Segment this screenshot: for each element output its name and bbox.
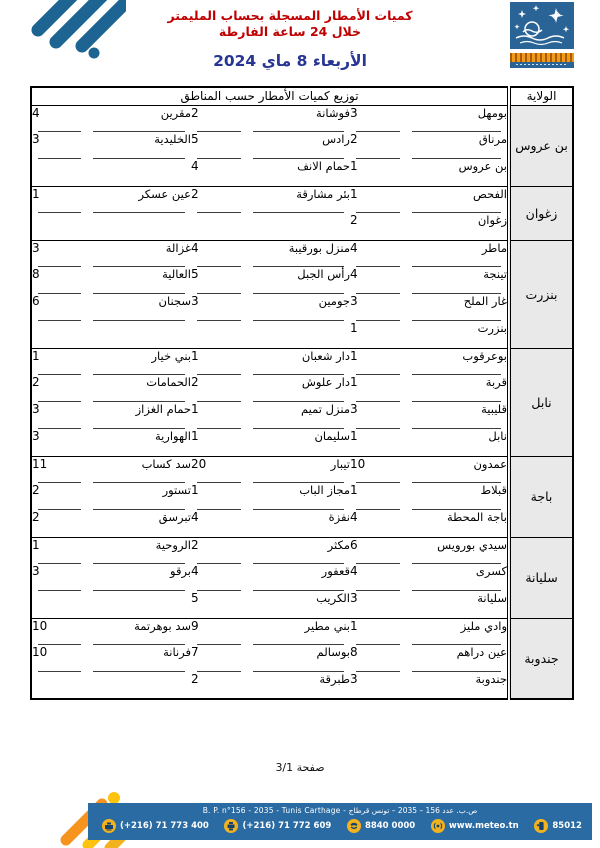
station-name-cell: قبلاط bbox=[406, 483, 509, 510]
station-name-cell: بن عروس bbox=[406, 159, 509, 186]
station-name-cell: وادي مليز bbox=[406, 618, 509, 645]
contact-fax-2: (+216) 71 772 609 bbox=[224, 819, 331, 833]
table-row: تينجة4رأس الجبل5العالية8 bbox=[31, 267, 573, 294]
station-name-cell: رادس bbox=[247, 132, 350, 159]
rainfall-value-cell: 10 bbox=[31, 618, 87, 645]
rainfall-value-cell: 6 bbox=[350, 537, 406, 564]
contact-value: (+216) 71 773 400 bbox=[120, 821, 209, 831]
station-name-cell: تستور bbox=[87, 483, 191, 510]
rainfall-value-cell: 5 bbox=[191, 591, 247, 618]
rainfall-value-cell: 2 bbox=[31, 483, 87, 510]
contact-phone: 8840 0000 bbox=[347, 819, 415, 833]
rainfall-value-cell: 1 bbox=[31, 537, 87, 564]
rainfall-value-cell: 4 bbox=[350, 510, 406, 537]
rainfall-value-cell: 1 bbox=[31, 348, 87, 375]
governorate-cell: سليانة bbox=[509, 537, 573, 618]
rainfall-value-cell bbox=[191, 213, 247, 240]
table-row: كسرى4قعفور4برقو3 bbox=[31, 564, 573, 591]
rainfall-value-cell: 1 bbox=[191, 348, 247, 375]
rainfall-value-cell: 4 bbox=[350, 240, 406, 267]
contact-value: 85012 bbox=[552, 821, 582, 831]
rainfall-value-cell: 2 bbox=[31, 375, 87, 402]
station-name-cell: بوعرقوب bbox=[406, 348, 509, 375]
rainfall-value-cell: 2 bbox=[191, 105, 247, 132]
rainfall-value-cell: 2 bbox=[350, 132, 406, 159]
station-name-cell: مجاز الباب bbox=[247, 483, 350, 510]
phone-icon bbox=[347, 819, 361, 833]
table-row: نابلبوعرقوب1دار شعبان1بني خيار1 bbox=[31, 348, 573, 375]
rainfall-value-cell: 8 bbox=[350, 645, 406, 672]
station-name-cell: برقو bbox=[87, 564, 191, 591]
station-name-cell: بنزرت bbox=[406, 321, 509, 348]
rainfall-value-cell: 8 bbox=[31, 267, 87, 294]
station-name-cell: مرناق bbox=[406, 132, 509, 159]
contact-value: (+216) 71 772 609 bbox=[242, 821, 331, 831]
station-name-cell: نابل bbox=[406, 429, 509, 456]
rainfall-value-cell: 1 bbox=[350, 348, 406, 375]
table-row: نابل1سليمان1الهوارية3 bbox=[31, 429, 573, 456]
globe-icon bbox=[431, 819, 445, 833]
station-name-cell bbox=[87, 159, 191, 186]
governorate-cell: نابل bbox=[509, 348, 573, 456]
rainfall-table: الولاية توزيع كميات الأمطار حسب المناطق … bbox=[30, 86, 574, 700]
rainfall-value-cell bbox=[31, 321, 87, 348]
station-name-cell: حمام الانف bbox=[247, 159, 350, 186]
station-name-cell: سليمان bbox=[247, 429, 350, 456]
table-row: بنزرت1 bbox=[31, 321, 573, 348]
rainfall-value-cell: 7 bbox=[191, 645, 247, 672]
station-name-cell: سد بوهرتمة bbox=[87, 618, 191, 645]
station-name-cell: فوشانة bbox=[247, 105, 350, 132]
station-name-cell: حمام الغزاز bbox=[87, 402, 191, 429]
station-name-cell: سليانة bbox=[406, 591, 509, 618]
rainfall-value-cell: 6 bbox=[31, 294, 87, 321]
rainfall-value-cell: 10 bbox=[31, 645, 87, 672]
rainfall-value-cell: 1 bbox=[191, 483, 247, 510]
station-name-cell: نفزة bbox=[247, 510, 350, 537]
rainfall-value-cell: 5 bbox=[191, 267, 247, 294]
station-name-cell: الكريب bbox=[247, 591, 350, 618]
rainfall-value-cell: 9 bbox=[191, 618, 247, 645]
station-name-cell bbox=[247, 321, 350, 348]
station-name-cell: قربة bbox=[406, 375, 509, 402]
station-name-cell: جومين bbox=[247, 294, 350, 321]
report-date-title: الأربعاء 8 ماي 2024 bbox=[90, 52, 490, 70]
rainfall-value-cell: 3 bbox=[31, 132, 87, 159]
station-name-cell: رأس الجبل bbox=[247, 267, 350, 294]
station-name-cell: الحمامات bbox=[87, 375, 191, 402]
rainfall-value-cell bbox=[31, 159, 87, 186]
rainfall-value-cell: 3 bbox=[31, 240, 87, 267]
rainfall-value-cell bbox=[191, 321, 247, 348]
station-name-cell bbox=[247, 213, 350, 240]
governorate-cell: جندوبة bbox=[509, 618, 573, 699]
station-name-cell: جندوبة bbox=[406, 672, 509, 699]
rainfall-value-cell: 3 bbox=[350, 402, 406, 429]
station-name-cell: باجة المحطة bbox=[406, 510, 509, 537]
table-row: باجةعمدون10تيبار20سد كساب11 bbox=[31, 456, 573, 483]
logo-orange-band bbox=[510, 53, 574, 62]
table-row: بنزرتماطر4منزل بورقيبة4غزالة3 bbox=[31, 240, 573, 267]
table-row: بن عروس1حمام الانف4 bbox=[31, 159, 573, 186]
governorate-cell: بنزرت bbox=[509, 240, 573, 348]
rainfall-value-cell: 3 bbox=[31, 402, 87, 429]
contacts-row: (+216) 71 773 400 (+216) 71 772 609 bbox=[88, 815, 592, 833]
rainfall-value-cell: 3 bbox=[350, 591, 406, 618]
rainfall-value-cell: 1 bbox=[191, 429, 247, 456]
governorate-cell: زغوان bbox=[509, 186, 573, 240]
station-name-cell: سيدي بورويس bbox=[406, 537, 509, 564]
rainfall-value-cell: 2 bbox=[191, 186, 247, 213]
table-row: زغوانالفحص1بئر مشارقة2عين عسكر1 bbox=[31, 186, 573, 213]
contact-value: www.meteo.tn bbox=[449, 821, 519, 831]
station-name-cell: الفحص bbox=[406, 186, 509, 213]
rainfall-value-cell: 3 bbox=[350, 294, 406, 321]
rainfall-value-cell: 2 bbox=[31, 510, 87, 537]
inm-emblem-logo bbox=[510, 2, 574, 68]
printer-icon bbox=[224, 819, 238, 833]
station-name-cell: قعفور bbox=[247, 564, 350, 591]
station-name-cell: بومهل bbox=[406, 105, 509, 132]
station-name-cell: ماطر bbox=[406, 240, 509, 267]
rainfall-value-cell: 4 bbox=[350, 564, 406, 591]
rainfall-value-cell: 3 bbox=[31, 429, 87, 456]
station-name-cell: تيبار bbox=[247, 456, 350, 483]
station-name-cell: بني مطير bbox=[247, 618, 350, 645]
sms-icon bbox=[534, 819, 548, 833]
rainfall-value-cell: 20 bbox=[191, 456, 247, 483]
table-row: سليانة3الكريب5 bbox=[31, 591, 573, 618]
rainfall-value-cell: 3 bbox=[350, 105, 406, 132]
page-number-label: صفحة 3/1 bbox=[0, 761, 600, 774]
station-name-cell: زغوان bbox=[406, 213, 509, 240]
rainfall-value-cell: 5 bbox=[191, 132, 247, 159]
rainfall-value-cell: 2 bbox=[191, 375, 247, 402]
rainfall-value-cell: 4 bbox=[191, 564, 247, 591]
station-name-cell: عين عسكر bbox=[87, 186, 191, 213]
table-row: جندوبةوادي مليز1بني مطير9سد بوهرتمة10 bbox=[31, 618, 573, 645]
rainfall-value-cell: 1 bbox=[350, 375, 406, 402]
contact-fax-1: (+216) 71 773 400 bbox=[102, 819, 209, 833]
rainfall-value-cell: 1 bbox=[31, 186, 87, 213]
rainfall-value-cell: 10 bbox=[350, 456, 406, 483]
station-name-cell bbox=[87, 213, 191, 240]
station-name-cell: مقرين bbox=[87, 105, 191, 132]
report-title-line2: خلال 24 ساعة الفارطة bbox=[90, 24, 490, 40]
station-name-cell: طبرقة bbox=[247, 672, 350, 699]
table-row: سليانةسيدي بورويس6مكثر2الروحية1 bbox=[31, 537, 573, 564]
station-name-cell: بوسالم bbox=[247, 645, 350, 672]
station-name-cell: مكثر bbox=[247, 537, 350, 564]
table-row: غار الملح3جومين3سجنان6 bbox=[31, 294, 573, 321]
table-row: بن عروسبومهل3فوشانة2مقرين4 bbox=[31, 105, 573, 132]
rainfall-value-cell: 4 bbox=[191, 159, 247, 186]
station-name-cell: دار شعبان bbox=[247, 348, 350, 375]
rainfall-value-cell: 2 bbox=[191, 537, 247, 564]
rainfall-value-cell: 1 bbox=[350, 429, 406, 456]
governorate-cell: باجة bbox=[509, 456, 573, 537]
station-name-cell: الروحية bbox=[87, 537, 191, 564]
station-name-cell: الهوارية bbox=[87, 429, 191, 456]
station-name-cell: الخليدية bbox=[87, 132, 191, 159]
rainfall-value-cell: 1 bbox=[191, 402, 247, 429]
station-name-cell: بئر مشارقة bbox=[247, 186, 350, 213]
address-line: B. P. n°156 - 2035 - Tunis Carthage - ص.… bbox=[88, 803, 592, 815]
report-header: كميات الأمطار المسجلة بحساب المليمتر خلا… bbox=[90, 8, 490, 70]
rainfall-value-cell bbox=[31, 591, 87, 618]
rainfall-value-cell: 3 bbox=[350, 672, 406, 699]
station-name-cell: سد كساب bbox=[87, 456, 191, 483]
table-row: قربة1دار علوش2الحمامات2 bbox=[31, 375, 573, 402]
table-row: قبلاط1مجاز الباب1تستور2 bbox=[31, 483, 573, 510]
table-row: عين دراهم8بوسالم7فرنانة10 bbox=[31, 645, 573, 672]
station-name-cell: العالية bbox=[87, 267, 191, 294]
rainfall-value-cell: 1 bbox=[350, 186, 406, 213]
rainfall-value-cell bbox=[31, 213, 87, 240]
distribution-column-header: توزيع كميات الأمطار حسب المناطق bbox=[31, 87, 509, 105]
contact-sms: 85012 bbox=[534, 819, 582, 833]
rainfall-value-cell: 3 bbox=[191, 294, 247, 321]
footer-contact-bar: B. P. n°156 - 2035 - Tunis Carthage - ص.… bbox=[88, 803, 592, 840]
station-name-cell bbox=[87, 591, 191, 618]
station-name-cell: كسرى bbox=[406, 564, 509, 591]
station-name-cell: قليبية bbox=[406, 402, 509, 429]
governorate-column-header: الولاية bbox=[509, 87, 573, 105]
station-name-cell: تينجة bbox=[406, 267, 509, 294]
rainfall-value-cell: 4 bbox=[191, 240, 247, 267]
rainfall-value-cell: 3 bbox=[31, 564, 87, 591]
table-row: قليبية3منزل تميم1حمام الغزاز3 bbox=[31, 402, 573, 429]
table-row: مرناق2رادس5الخليدية3 bbox=[31, 132, 573, 159]
rainfall-value-cell: 2 bbox=[350, 213, 406, 240]
logo-blue-band bbox=[510, 62, 574, 68]
contact-value: 8840 0000 bbox=[365, 821, 415, 831]
station-name-cell bbox=[87, 321, 191, 348]
rainfall-value-cell: 11 bbox=[31, 456, 87, 483]
station-name-cell: فرنانة bbox=[87, 645, 191, 672]
table-row: جندوبة3طبرقة2 bbox=[31, 672, 573, 699]
rainfall-value-cell: 1 bbox=[350, 483, 406, 510]
table-row: زغوان2 bbox=[31, 213, 573, 240]
station-name-cell: منزل تميم bbox=[247, 402, 350, 429]
governorate-cell: بن عروس bbox=[509, 105, 573, 186]
station-name-cell: عمدون bbox=[406, 456, 509, 483]
station-name-cell bbox=[87, 672, 191, 699]
station-name-cell: دار علوش bbox=[247, 375, 350, 402]
rainfall-value-cell bbox=[31, 672, 87, 699]
rainfall-value-cell: 4 bbox=[350, 267, 406, 294]
rainfall-value-cell: 1 bbox=[350, 618, 406, 645]
station-name-cell: غزالة bbox=[87, 240, 191, 267]
report-title-line1: كميات الأمطار المسجلة بحساب المليمتر bbox=[90, 8, 490, 24]
fax-icon bbox=[102, 819, 116, 833]
rainfall-value-cell: 2 bbox=[191, 672, 247, 699]
table-header-row: الولاية توزيع كميات الأمطار حسب المناطق bbox=[31, 87, 573, 105]
contact-website[interactable]: www.meteo.tn bbox=[431, 819, 519, 833]
station-name-cell: تبرسق bbox=[87, 510, 191, 537]
table-row: باجة المحطة4نفزة4تبرسق2 bbox=[31, 510, 573, 537]
station-name-cell: سجنان bbox=[87, 294, 191, 321]
document-page: كميات الأمطار المسجلة بحساب المليمتر خلا… bbox=[0, 0, 600, 848]
rainfall-value-cell: 1 bbox=[350, 159, 406, 186]
station-name-cell: منزل بورقيبة bbox=[247, 240, 350, 267]
rainfall-value-cell: 4 bbox=[31, 105, 87, 132]
weather-emblem-icon bbox=[510, 2, 574, 49]
station-name-cell: عين دراهم bbox=[406, 645, 509, 672]
rainfall-value-cell: 4 bbox=[191, 510, 247, 537]
station-name-cell: غار الملح bbox=[406, 294, 509, 321]
rainfall-value-cell: 1 bbox=[350, 321, 406, 348]
station-name-cell: بني خيار bbox=[87, 348, 191, 375]
